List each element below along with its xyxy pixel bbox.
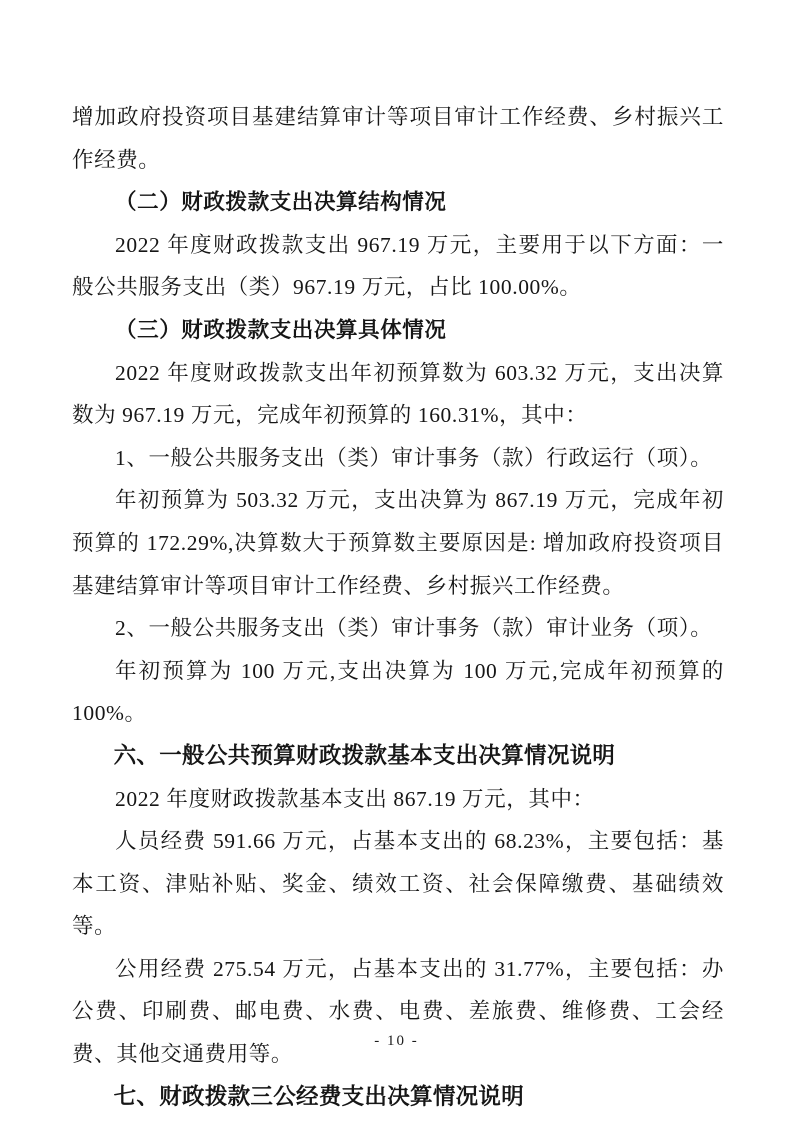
paragraph-continuation: 增加政府投资项目基建结算审计等项目审计工作经费、乡村振兴工作经费。 (72, 96, 724, 181)
section-heading-2: （二）财政拨款支出决算结构情况 (72, 181, 724, 224)
page-footer: - 10 - (0, 1033, 793, 1050)
paragraph-expenditure-structure: 2022 年度财政拨款支出 967.19 万元，主要用于以下方面：一般公共服务支… (72, 224, 724, 309)
paragraph-expenditure-detail: 2022 年度财政拨款支出年初预算数为 603.32 万元，支出决算数为 967… (72, 352, 724, 437)
section-heading-3: （三）财政拨款支出决算具体情况 (72, 309, 724, 352)
paragraph-item-1-detail: 年初预算为 503.32 万元，支出决算为 867.19 万元，完成年初预算的 … (72, 479, 724, 607)
paragraph-item-2: 2、一般公共服务支出（类）审计事务（款）审计业务（项）。 (72, 607, 724, 650)
paragraph-item-2-detail: 年初预算为 100 万元,支出决算为 100 万元,完成年初预算的 100%。 (72, 650, 724, 735)
document-content: 增加政府投资项目基建结算审计等项目审计工作经费、乡村振兴工作经费。 （二）财政拨… (72, 96, 724, 1118)
paragraph-basic-expenditure: 2022 年度财政拨款基本支出 867.19 万元，其中： (72, 778, 724, 821)
paragraph-item-1: 1、一般公共服务支出（类）审计事务（款）行政运行（项）。 (72, 437, 724, 480)
chapter-heading-6: 六、一般公共预算财政拨款基本支出决算情况说明 (72, 735, 724, 778)
paragraph-personnel-funds: 人员经费 591.66 万元，占基本支出的 68.23%，主要包括：基本工资、津… (72, 820, 724, 948)
page-number: - 10 - (374, 1033, 419, 1049)
document-page: 增加政府投资项目基建结算审计等项目审计工作经费、乡村振兴工作经费。 （二）财政拨… (0, 0, 793, 1122)
chapter-heading-7: 七、财政拨款三公经费支出决算情况说明 (72, 1076, 724, 1119)
paragraph-public-funds: 公用经费 275.54 万元，占基本支出的 31.77%，主要包括：办公费、印刷… (72, 948, 724, 1076)
